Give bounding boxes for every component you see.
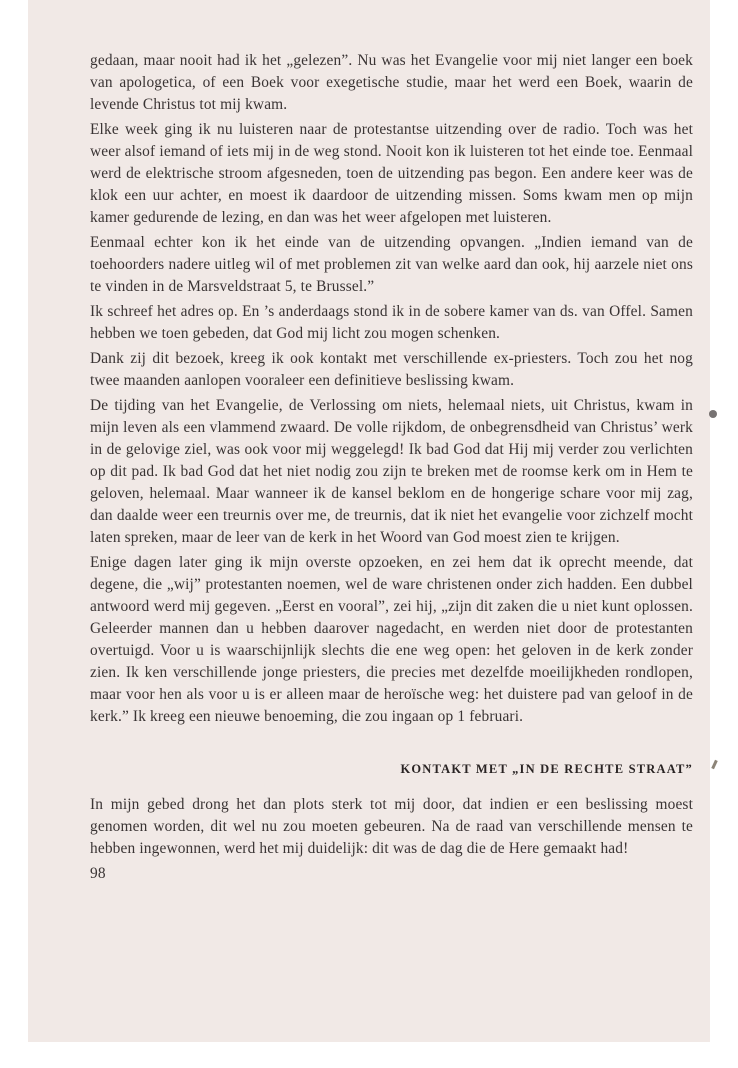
paragraph-5: Dank zij dit bezoek, kreeg ik ook kontak…: [90, 348, 693, 392]
paragraph-6: De tijding van het Evangelie, de Verloss…: [90, 395, 693, 549]
section-heading: KONTAKT MET „IN DE RECHTE STRAAT”: [90, 758, 693, 780]
ink-blot-mark: [709, 410, 717, 418]
page-number: 98: [90, 863, 693, 885]
paragraph-2: Elke week ging ik nu luisteren naar de p…: [90, 119, 693, 229]
paragraph-7: Enige dagen later ging ik mijn overste o…: [90, 552, 693, 728]
section-paragraph-1: In mijn gebed drong het dan plots sterk …: [90, 794, 693, 860]
paragraph-1: gedaan, maar nooit had ik het „gelezen”.…: [90, 50, 693, 116]
paragraph-4: Ik schreef het adres op. En ’s anderdaag…: [90, 301, 693, 345]
pencil-mark: [711, 760, 718, 769]
page-body: gedaan, maar nooit had ik het „gelezen”.…: [90, 50, 693, 885]
paragraph-3: Eenmaal echter kon ik het einde van de u…: [90, 232, 693, 298]
book-page: gedaan, maar nooit had ik het „gelezen”.…: [28, 0, 710, 1042]
